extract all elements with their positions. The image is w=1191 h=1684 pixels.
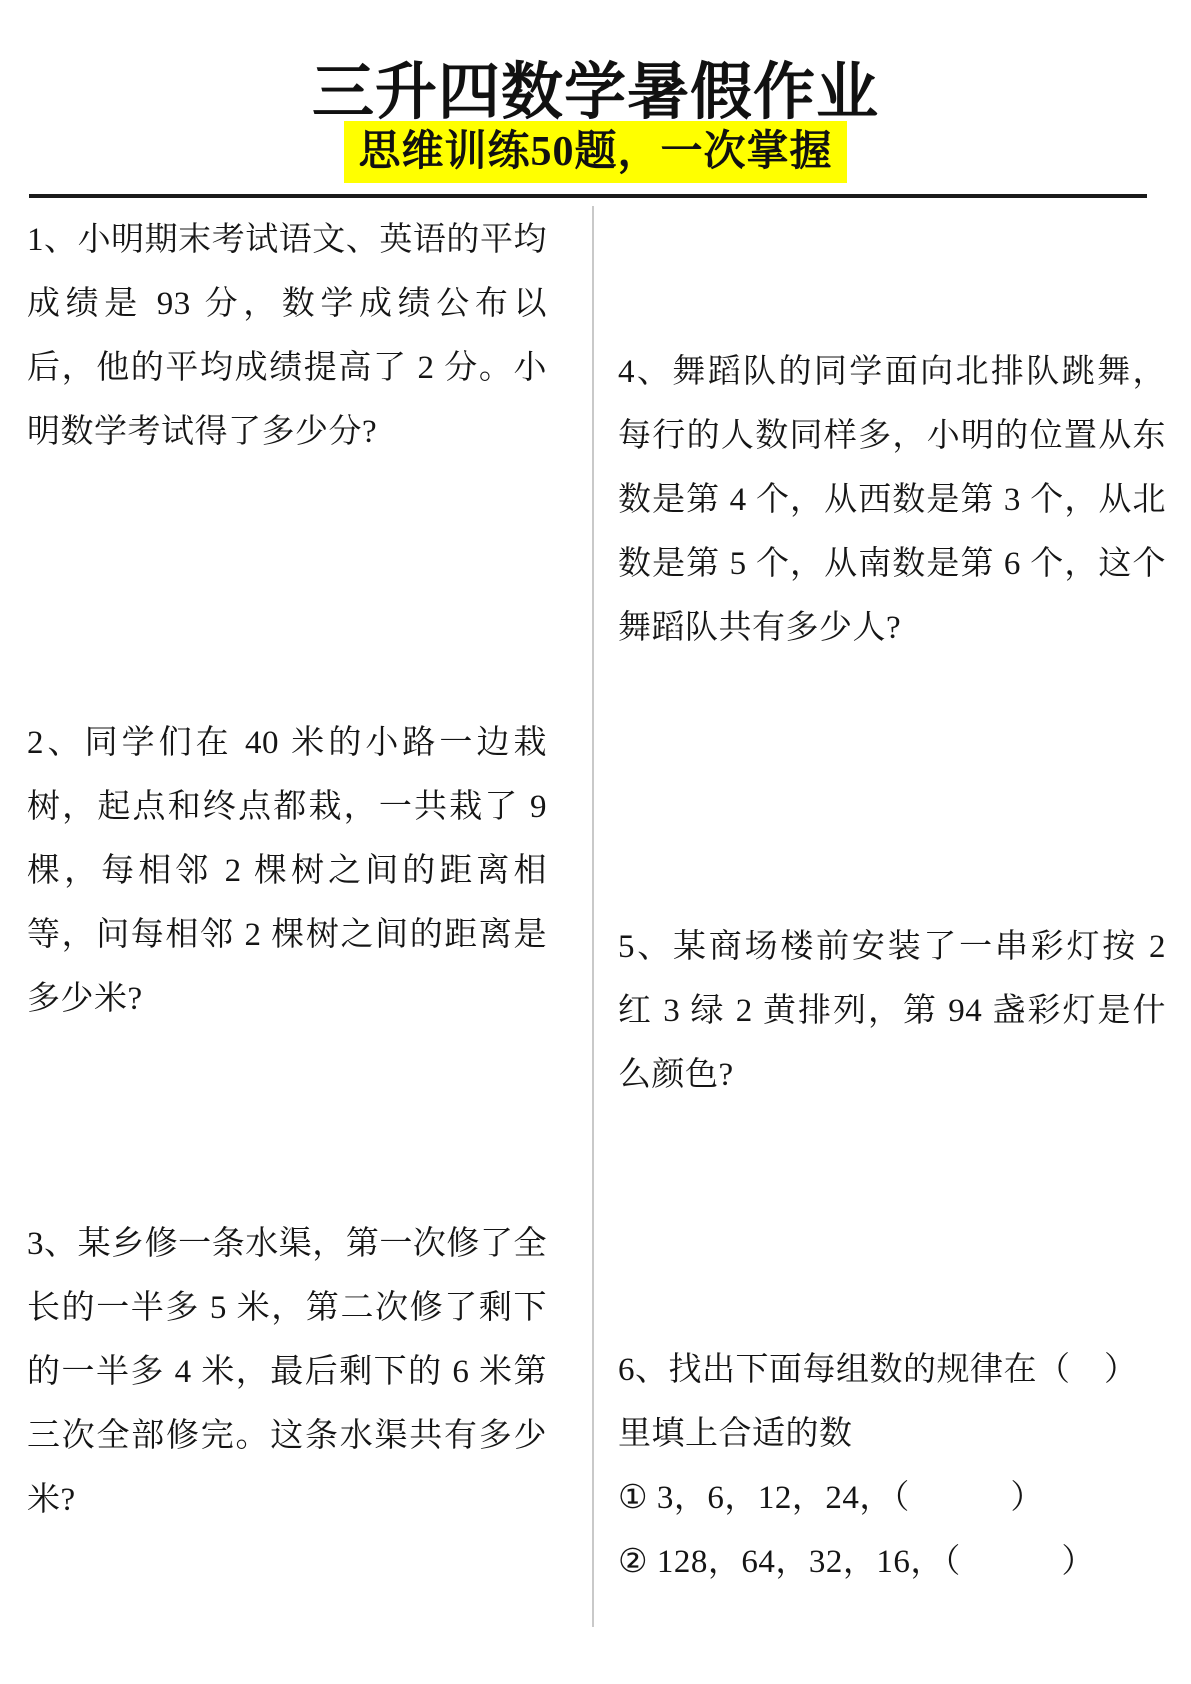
question-6: 6、找出下面每组数的规律在（ ）里填上合适的数 ① 3，6，12，24，（ ） …	[618, 1338, 1166, 1594]
question-6-item-1: ① 3，6，12，24，（ ）	[618, 1466, 1166, 1530]
subtitle-row: 思维训练50题，一次掌握	[0, 121, 1191, 183]
question-6-item-2: ② 128，64，32，16，（ ）	[618, 1530, 1166, 1594]
page-title: 三升四数学暑假作业	[0, 42, 1191, 131]
question-4: 4、舞蹈队的同学面向北排队跳舞，每行的人数同样多，小明的位置从东数是第 4 个，…	[618, 340, 1166, 660]
question-3: 3、某乡修一条水渠，第一次修了全长的一半多 5 米，第二次修了剩下的一半多 4 …	[27, 1212, 547, 1532]
worksheet-page: 三升四数学暑假作业 思维训练50题，一次掌握 1、小明期末考试语文、英语的平均成…	[0, 0, 1191, 1684]
header-rule	[29, 194, 1147, 198]
question-2: 2、同学们在 40 米的小路一边栽树，起点和终点都栽，一共栽了 9 棵，每相邻 …	[27, 711, 547, 1031]
page-subtitle-highlight: 思维训练50题，一次掌握	[344, 121, 846, 183]
column-divider	[592, 206, 594, 1627]
question-5: 5、某商场楼前安装了一串彩灯按 2 红 3 绿 2 黄排列，第 94 盏彩灯是什…	[618, 915, 1166, 1107]
question-6-text: 6、找出下面每组数的规律在（ ）里填上合适的数	[618, 1338, 1166, 1466]
question-1: 1、小明期末考试语文、英语的平均成绩是 93 分，数学成绩公布以后，他的平均成绩…	[27, 208, 547, 464]
